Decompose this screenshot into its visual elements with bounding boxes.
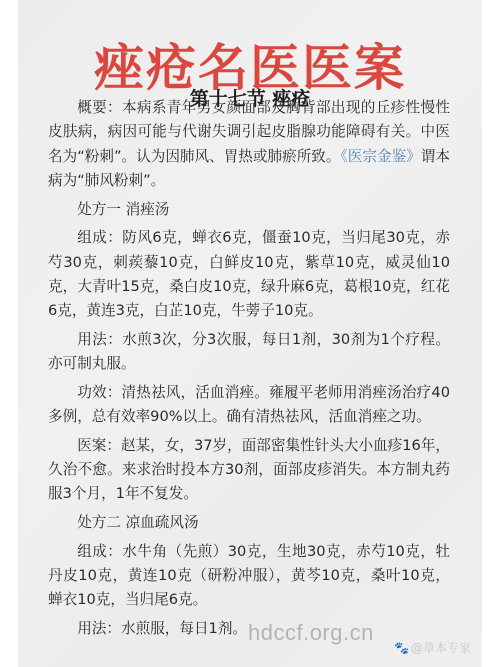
watermark-account: 🐾 @草本专家	[394, 639, 471, 656]
book-reference-link[interactable]: 《医宗金鉴》	[341, 148, 421, 165]
prescription2-heading: 处方二 凉血疏风汤	[48, 511, 450, 535]
prescription1-heading: 处方一 消痤汤	[48, 198, 450, 222]
document-body: 概要：本病系青年男女颜面部及胸背部出现的丘疹性慢性皮肤病，病因可能与代谢失调引起…	[48, 96, 450, 646]
prescription2-composition: 组成：水牛角（先煎）30克，生地30克，赤芍10克，牡丹皮10克，黄连10克（研…	[48, 540, 450, 613]
prescription1-composition: 组成：防风6克，蝉衣6克，僵蚕10克，当归尾30克，赤芍30克，刺蒺藜10克，白…	[48, 226, 450, 323]
watermark-account-name: @草本专家	[411, 639, 471, 656]
prescription1-efficacy: 功效：清热祛风，活血消痤。雍履平老师用消痤汤治疗40多例，总有效率90%以上。确…	[48, 381, 450, 430]
watermark-site: hdccf.org.cn	[248, 620, 374, 646]
paw-icon: 🐾	[394, 641, 409, 655]
prescription1-case: 医案：赵某，女，37岁，面部密集性针头大小血疹16年，久治不愈。来求治时投本方3…	[48, 434, 450, 507]
summary-paragraph: 概要：本病系青年男女颜面部及胸背部出现的丘疹性慢性皮肤病，病因可能与代谢失调引起…	[48, 96, 450, 193]
prescription1-usage: 用法：水煎3次，分3次服，每日1剂，30剂为1个疗程。亦可制丸服。	[48, 328, 450, 377]
